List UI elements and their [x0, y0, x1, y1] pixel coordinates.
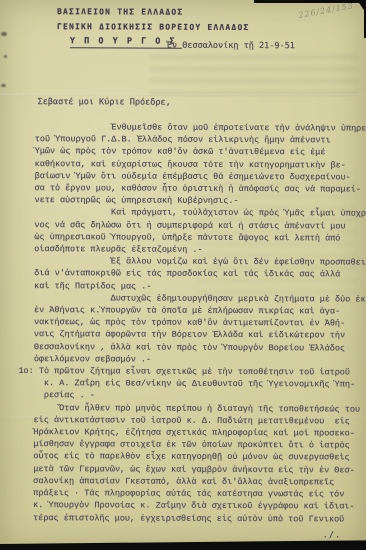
continuation-mark: ./.	[323, 530, 341, 540]
letterhead-minister-title: Υ Π Ο Υ Ρ Γ Ο Σ	[70, 36, 182, 48]
scan-edge-corner	[357, 0, 366, 13]
letterhead-line-kingdom: ΒΑΣΙΛΕΙΟΝ ΤΗΣ ΕΛΛΑΔΟΣ	[57, 7, 183, 17]
letter-page: 226/24/153 ΒΑΣΙΛΕΙΟΝ ΤΗΣ ΕΛΛΑΔΟΣ ΓΕΝΙΚΗ …	[0, 0, 366, 550]
letterhead-line-administration: ΓΕΝΙΚΗ ΔΙΟΙΚΗΣΙΣ ΒΟΡΕΙΟΥ ΕΛΛΑΔΟΣ	[57, 22, 250, 32]
scan-background: { "annotation": { "ref_number": "226/24/…	[0, 0, 366, 550]
salutation: Σεβαστέ μοι Κύριε Πρόεδρε,	[38, 97, 171, 108]
typed-content: ΒΑΣΙΛΕΙΟΝ ΤΗΣ ΕΛΛΑΔΟΣ ΓΕΝΙΚΗ ΔΙΟΙΚΗΣΙΣ Β…	[0, 0, 366, 550]
dateline: Ἐν Θεσσαλονίκῃ τῇ 21-9-51	[167, 41, 295, 52]
letter-body: Ἐνθυμεῖσθε ὅταν μοῦ ἐπροτείνατε τὴν ἀνάλ…	[18, 121, 366, 525]
scan-edge-top	[254, 0, 366, 3]
